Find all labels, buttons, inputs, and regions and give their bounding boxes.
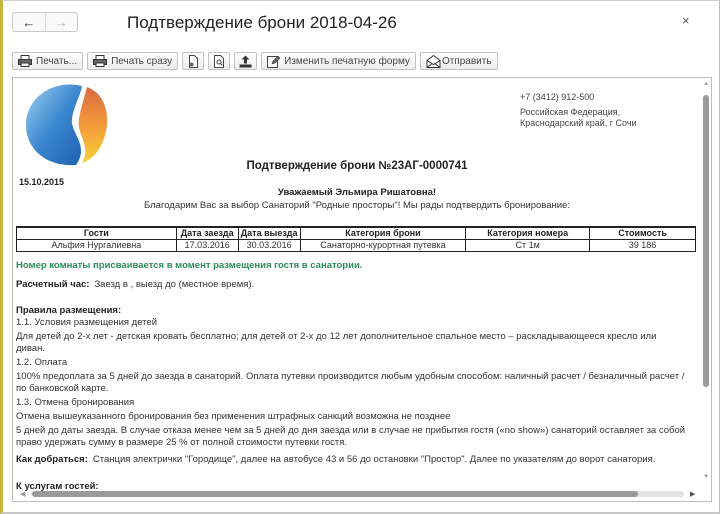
- vertical-scroll-thumb[interactable]: [703, 95, 709, 387]
- guest-cell[interactable]: Альфия Нургалиевна: [17, 240, 177, 252]
- document-gear-icon: [187, 55, 199, 68]
- contacts-block: +7 (3412) 912-500 Российская Федерация, …: [520, 92, 637, 129]
- edit-print-form-label: Изменить печатную форму: [284, 56, 410, 67]
- rules-heading: Правила размещения:: [16, 305, 686, 317]
- phone-number: +7 (3412) 912-500: [520, 92, 637, 103]
- envelope-icon: [426, 55, 441, 68]
- vertical-scrollbar[interactable]: ▲ ▼: [701, 78, 712, 488]
- spreadsheet-document: 15.10.2015 +7 (3412) 912-500 Российская …: [12, 77, 712, 502]
- rules-block: Правила размещения: 1.1. Условия размеще…: [16, 305, 686, 449]
- close-icon: ×: [682, 13, 690, 28]
- thanks-text: Благодарим Вас за выбор Санаторий "Родны…: [13, 200, 701, 211]
- departure-date-cell[interactable]: 30.03.2016: [238, 240, 300, 252]
- upload-icon: [239, 55, 252, 68]
- column-header: Категория номера: [466, 227, 590, 240]
- rule-section-text: 100% предоплата за 5 дней до заезда в са…: [16, 371, 686, 395]
- document-title: Подтверждение брони №23АГ-0000741: [13, 160, 701, 172]
- edit-print-form-button[interactable]: Изменить печатную форму: [261, 52, 416, 70]
- column-header: Стоимость: [590, 227, 696, 240]
- save-to-file-button[interactable]: [234, 52, 257, 70]
- arrow-right-icon: →: [55, 15, 68, 30]
- scroll-left-icon[interactable]: ◀: [20, 490, 25, 498]
- checkin-text: Заезд в , выезд до (местное время).: [94, 279, 254, 290]
- room-category-cell[interactable]: Ст 1м: [466, 240, 590, 252]
- checkin-label: Расчетный час:: [16, 279, 89, 290]
- rule-section-title: 1.3. Отмена бронирования: [16, 397, 686, 409]
- toolbar: Печать... Печать сразу: [12, 52, 502, 72]
- forward-button[interactable]: →: [45, 13, 78, 31]
- print-settings-button[interactable]: [182, 52, 204, 70]
- close-button[interactable]: ×: [682, 13, 690, 28]
- navigation-buttons: ← →: [12, 12, 78, 32]
- send-button[interactable]: Отправить: [420, 52, 498, 70]
- document-content: 15.10.2015 +7 (3412) 912-500 Российская …: [13, 78, 701, 488]
- room-note: Номер комнаты присваивается в момент раз…: [16, 260, 362, 271]
- print-label: Печать...: [36, 56, 77, 67]
- window-title: Подтверждение брони 2018-04-26: [127, 13, 397, 33]
- back-button[interactable]: ←: [13, 13, 45, 31]
- table-header-row: Гости Дата заезда Дата выезда Категория …: [17, 227, 696, 240]
- arrow-left-icon: ←: [22, 15, 35, 30]
- horizontal-scrollbar[interactable]: ◀ ▶: [13, 488, 701, 501]
- column-header: Дата выезда: [238, 227, 300, 240]
- column-header: Дата заезда: [176, 227, 238, 240]
- greeting: Уважаемый Эльмира Ришатовна!: [13, 187, 701, 198]
- sanatorium-logo: [24, 83, 108, 170]
- printer-icon: [93, 55, 107, 67]
- horizontal-scroll-thumb[interactable]: [32, 491, 638, 497]
- scroll-down-icon[interactable]: ▼: [703, 474, 709, 480]
- document-date: 15.10.2015: [19, 177, 64, 187]
- column-header: Гости: [17, 227, 177, 240]
- cost-cell[interactable]: 39 186: [590, 240, 696, 252]
- rule-section-title: 1.1. Условия размещения детей: [16, 317, 686, 329]
- document-search-icon: [213, 55, 225, 68]
- route-label: Как добраться:: [16, 454, 88, 465]
- scroll-up-icon[interactable]: ▲: [703, 81, 709, 87]
- printer-icon: [18, 55, 32, 67]
- booking-category-cell[interactable]: Санаторно-курортная путевка: [300, 240, 466, 252]
- route-text: Станция электрички "Городище", далее на …: [93, 454, 656, 465]
- booking-table: Гости Дата заезда Дата выезда Категория …: [16, 226, 696, 252]
- print-button[interactable]: Печать...: [12, 52, 83, 70]
- rule-section-title: 1.2. Оплата: [16, 357, 686, 369]
- address-line-1: Российская Федерация,: [520, 107, 637, 118]
- table-row: Альфия Нургалиевна 17.03.2016 30.03.2016…: [17, 240, 696, 252]
- arrival-date-cell[interactable]: 17.03.2016: [176, 240, 238, 252]
- column-header: Категория брони: [300, 227, 466, 240]
- print-now-button[interactable]: Печать сразу: [87, 52, 178, 70]
- print-now-label: Печать сразу: [111, 56, 172, 67]
- address-line-2: Краснодарский край, г Сочи: [520, 118, 637, 129]
- checkin-row: Расчетный час:Заезд в , выезд до (местно…: [16, 279, 254, 290]
- scroll-right-icon[interactable]: ▶: [690, 490, 695, 498]
- send-label: Отправить: [442, 56, 492, 67]
- edit-document-icon: [267, 55, 280, 68]
- rule-section-text: 5 дней до даты заезда. В случае отказа м…: [16, 425, 686, 449]
- route-row: Как добраться:Станция электрички "Городи…: [16, 454, 655, 465]
- rule-section-text: Для детей до 2-х лет - детская кровать б…: [16, 331, 686, 355]
- preview-button[interactable]: [208, 52, 230, 70]
- rule-section-text: Отмена вышеуказанного бронирования без п…: [16, 411, 686, 423]
- print-preview-window: ← → Подтверждение брони 2018-04-26 × Печ…: [0, 0, 720, 514]
